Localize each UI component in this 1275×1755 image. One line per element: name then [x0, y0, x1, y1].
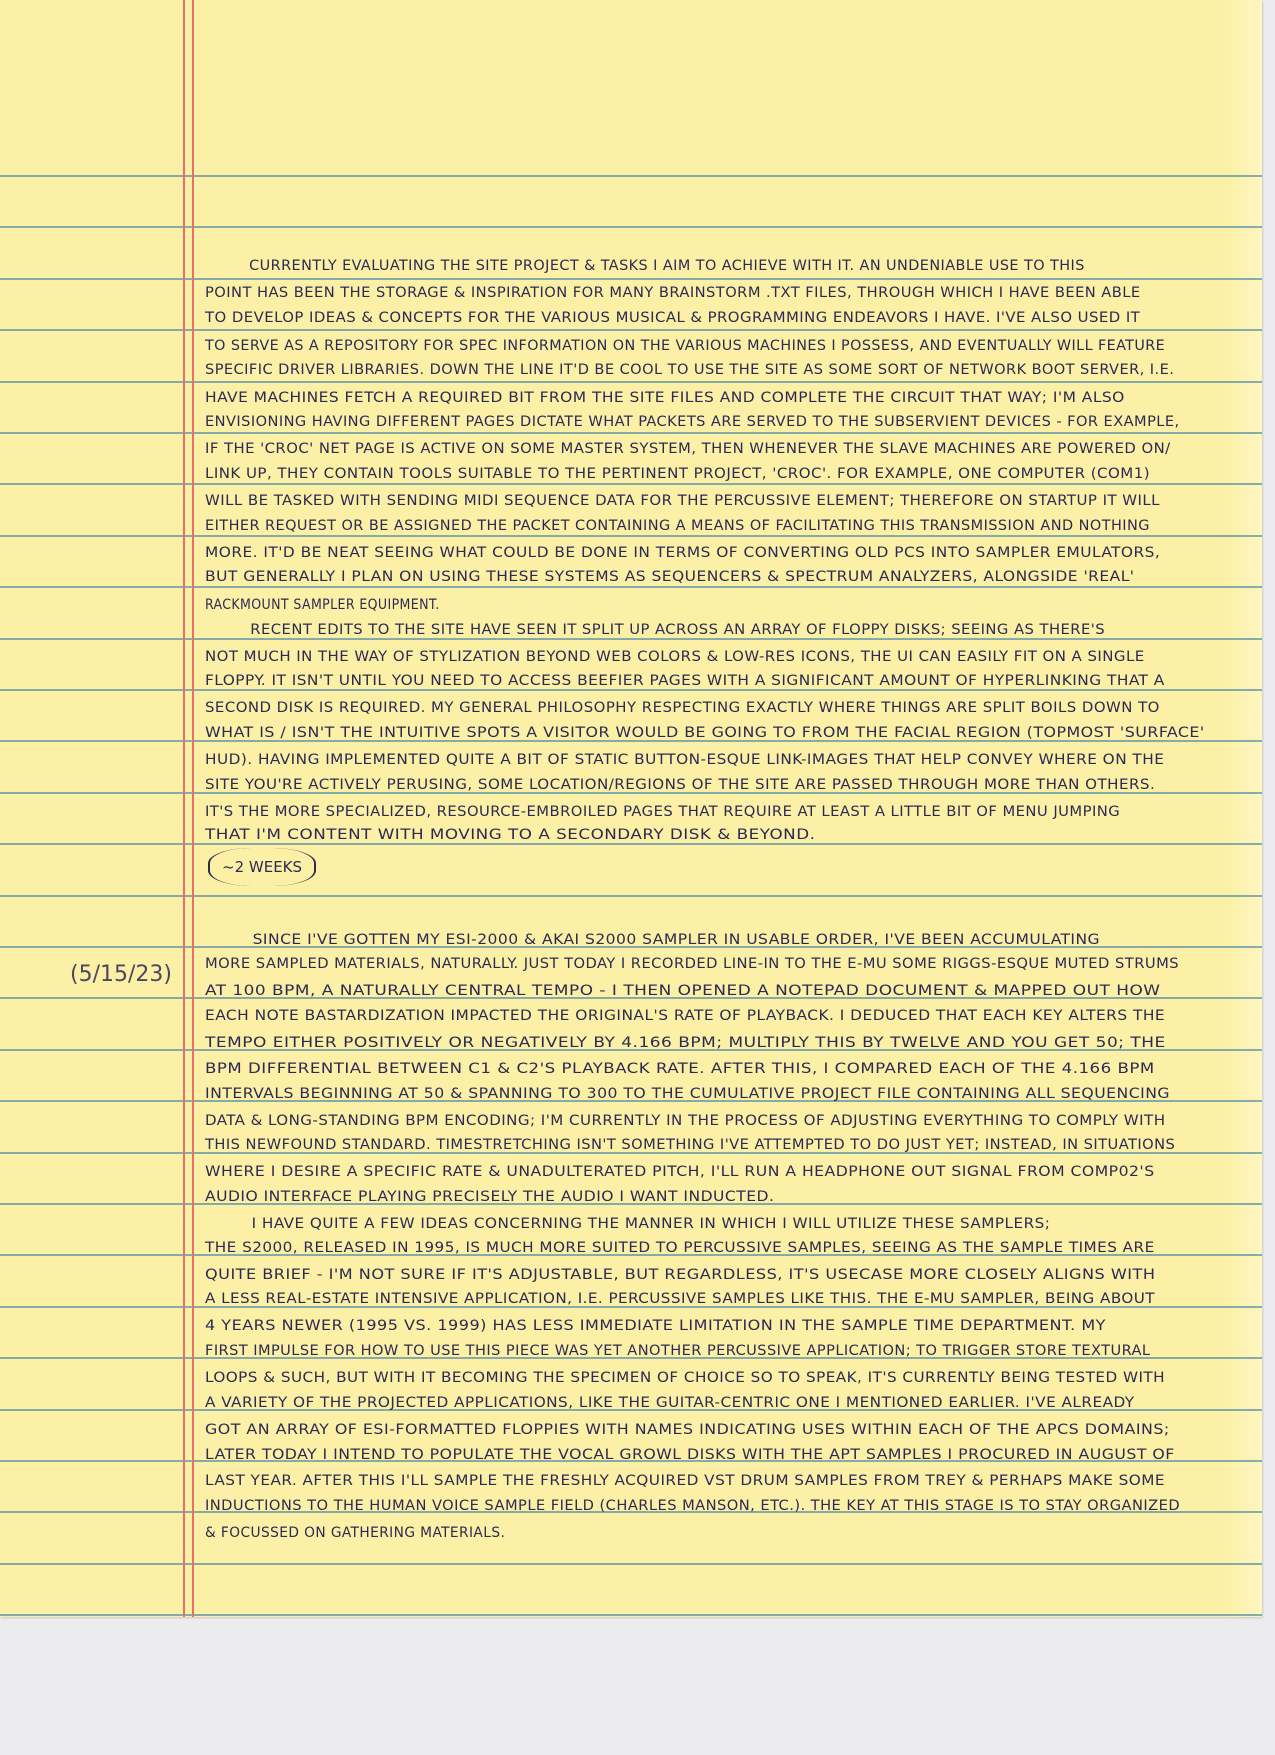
handwritten-line: SINCE I'VE GOTTEN MY ESI-2000 & AKAI S20…	[205, 932, 1100, 948]
handwritten-line: LATER TODAY I INTEND TO POPULATE THE VOC…	[205, 1447, 1175, 1463]
rule-line	[0, 586, 1262, 588]
handwritten-line: QUITE BRIEF - I'M NOT SURE IF IT'S ADJUS…	[205, 1267, 1155, 1283]
rule-line	[0, 483, 1262, 485]
handwritten-line: FIRST IMPULSE FOR HOW TO USE THIS PIECE …	[205, 1343, 1150, 1359]
handwritten-line: AT 100 BPM, A NATURALLY CENTRAL TEMPO - …	[205, 983, 1161, 999]
handwritten-line: RECENT EDITS TO THE SITE HAVE SEEN IT SP…	[205, 622, 1105, 638]
duration-note: ~2 WEEKS	[208, 848, 316, 886]
rule-line	[0, 1614, 1262, 1616]
handwritten-line: THIS NEWFOUND STANDARD. TIMESTRETCHING I…	[205, 1137, 1175, 1153]
handwritten-line: FLOPPY. IT ISN'T UNTIL YOU NEED TO ACCES…	[205, 673, 1165, 689]
handwritten-line: SPECIFIC DRIVER LIBRARIES. DOWN THE LINE…	[205, 362, 1174, 378]
handwritten-line: I HAVE QUITE A FEW IDEAS CONCERNING THE …	[205, 1216, 1050, 1232]
handwritten-line: POINT HAS BEEN THE STORAGE & INSPIRATION…	[205, 285, 1141, 301]
handwritten-line: THAT I'M CONTENT WITH MOVING TO A SECOND…	[205, 827, 815, 843]
handwritten-line: 4 YEARS NEWER (1995 VS. 1999) HAS LESS I…	[205, 1318, 1106, 1334]
handwritten-line: INDUCTIONS TO THE HUMAN VOICE SAMPLE FIE…	[205, 1498, 1180, 1514]
handwritten-line: TEMPO EITHER POSITIVELY OR NEGATIVELY BY…	[205, 1035, 1166, 1051]
handwritten-line: A VARIETY OF THE PROJECTED APPLICATIONS,…	[205, 1395, 1135, 1411]
rule-line	[0, 689, 1262, 691]
entry-date: (5/15/23)	[70, 962, 172, 987]
handwritten-line: EITHER REQUEST OR BE ASSIGNED THE PACKET…	[205, 518, 1150, 534]
rule-line	[0, 226, 1262, 228]
handwritten-line: BUT GENERALLY I PLAN ON USING THESE SYST…	[205, 569, 1135, 585]
rule-line	[0, 843, 1262, 845]
handwritten-line: SECOND DISK IS REQUIRED. MY GENERAL PHIL…	[205, 700, 1160, 716]
handwritten-line: A LESS REAL-ESTATE INTENSIVE APPLICATION…	[205, 1291, 1155, 1307]
rule-line	[0, 278, 1262, 280]
handwritten-line: MORE. IT'D BE NEAT SEEING WHAT COULD BE …	[205, 545, 1160, 561]
handwritten-line: CURRENTLY EVALUATING THE SITE PROJECT & …	[205, 258, 1085, 274]
handwritten-line: WHAT IS / ISN'T THE INTUITIVE SPOTS A VI…	[205, 725, 1205, 741]
handwritten-line: IT'S THE MORE SPECIALIZED, RESOURCE-EMBR…	[205, 804, 1120, 820]
rule-line	[0, 175, 1262, 177]
handwritten-line: HAVE MACHINES FETCH A REQUIRED BIT FROM …	[205, 390, 1125, 406]
rule-line	[0, 895, 1262, 897]
rule-line	[0, 1563, 1262, 1565]
handwritten-line: EACH NOTE BASTARDIZATION IMPACTED THE OR…	[205, 1008, 1165, 1024]
legal-pad-page: CURRENTLY EVALUATING THE SITE PROJECT & …	[0, 0, 1262, 1617]
handwritten-line: LINK UP, THEY CONTAIN TOOLS SUITABLE TO …	[205, 466, 1150, 482]
margin-line-right	[192, 0, 194, 1617]
handwritten-line: ENVISIONING HAVING DIFFERENT PAGES DICTA…	[205, 414, 1180, 430]
handwritten-line: TO SERVE AS A REPOSITORY FOR SPEC INFORM…	[205, 338, 1165, 354]
handwritten-line: WILL BE TASKED WITH SENDING MIDI SEQUENC…	[205, 493, 1160, 509]
handwritten-line: GOT AN ARRAY OF ESI-FORMATTED FLOPPIES W…	[205, 1422, 1170, 1438]
handwritten-line: MORE SAMPLED MATERIALS, NATURALLY. JUST …	[205, 956, 1179, 972]
handwritten-line: SITE YOU'RE ACTIVELY PERUSING, SOME LOCA…	[205, 777, 1155, 793]
handwritten-line: INTERVALS BEGINNING AT 50 & SPANNING TO …	[205, 1086, 1170, 1102]
handwritten-line: BPM DIFFERENTIAL BETWEEN C1 & C2'S PLAYB…	[205, 1061, 1155, 1077]
handwritten-line: NOT MUCH IN THE WAY OF STYLIZATION BEYON…	[205, 649, 1145, 665]
handwritten-line: THE S2000, RELEASED IN 1995, IS MUCH MOR…	[205, 1240, 1155, 1256]
rule-line	[0, 535, 1262, 537]
handwritten-line: TO DEVELOP IDEAS & CONCEPTS FOR THE VARI…	[205, 310, 1140, 326]
handwritten-line: LAST YEAR. AFTER THIS I'LL SAMPLE THE FR…	[205, 1473, 1165, 1489]
rule-line	[0, 432, 1262, 434]
handwritten-line: HUD). HAVING IMPLEMENTED QUITE A BIT OF …	[205, 752, 1164, 768]
handwritten-line: AUDIO INTERFACE PLAYING PRECISELY THE AU…	[205, 1189, 774, 1205]
handwritten-line: DATA & LONG-STANDING BPM ENCODING; I'M C…	[205, 1113, 1166, 1129]
handwritten-line: LOOPS & SUCH, BUT WITH IT BECOMING THE S…	[205, 1370, 1165, 1386]
margin-line-left	[183, 0, 185, 1617]
rule-line	[0, 638, 1262, 640]
handwritten-line: & FOCUSSED ON GATHERING MATERIALS.	[205, 1525, 505, 1541]
handwritten-line: WHERE I DESIRE A SPECIFIC RATE & UNADULT…	[205, 1164, 1155, 1180]
handwritten-line: RACKMOUNT SAMPLER EQUIPMENT.	[205, 597, 440, 613]
handwritten-line: IF THE 'CROC' NET PAGE IS ACTIVE ON SOME…	[205, 441, 1171, 457]
rule-line	[0, 381, 1262, 383]
rule-line	[0, 329, 1262, 331]
